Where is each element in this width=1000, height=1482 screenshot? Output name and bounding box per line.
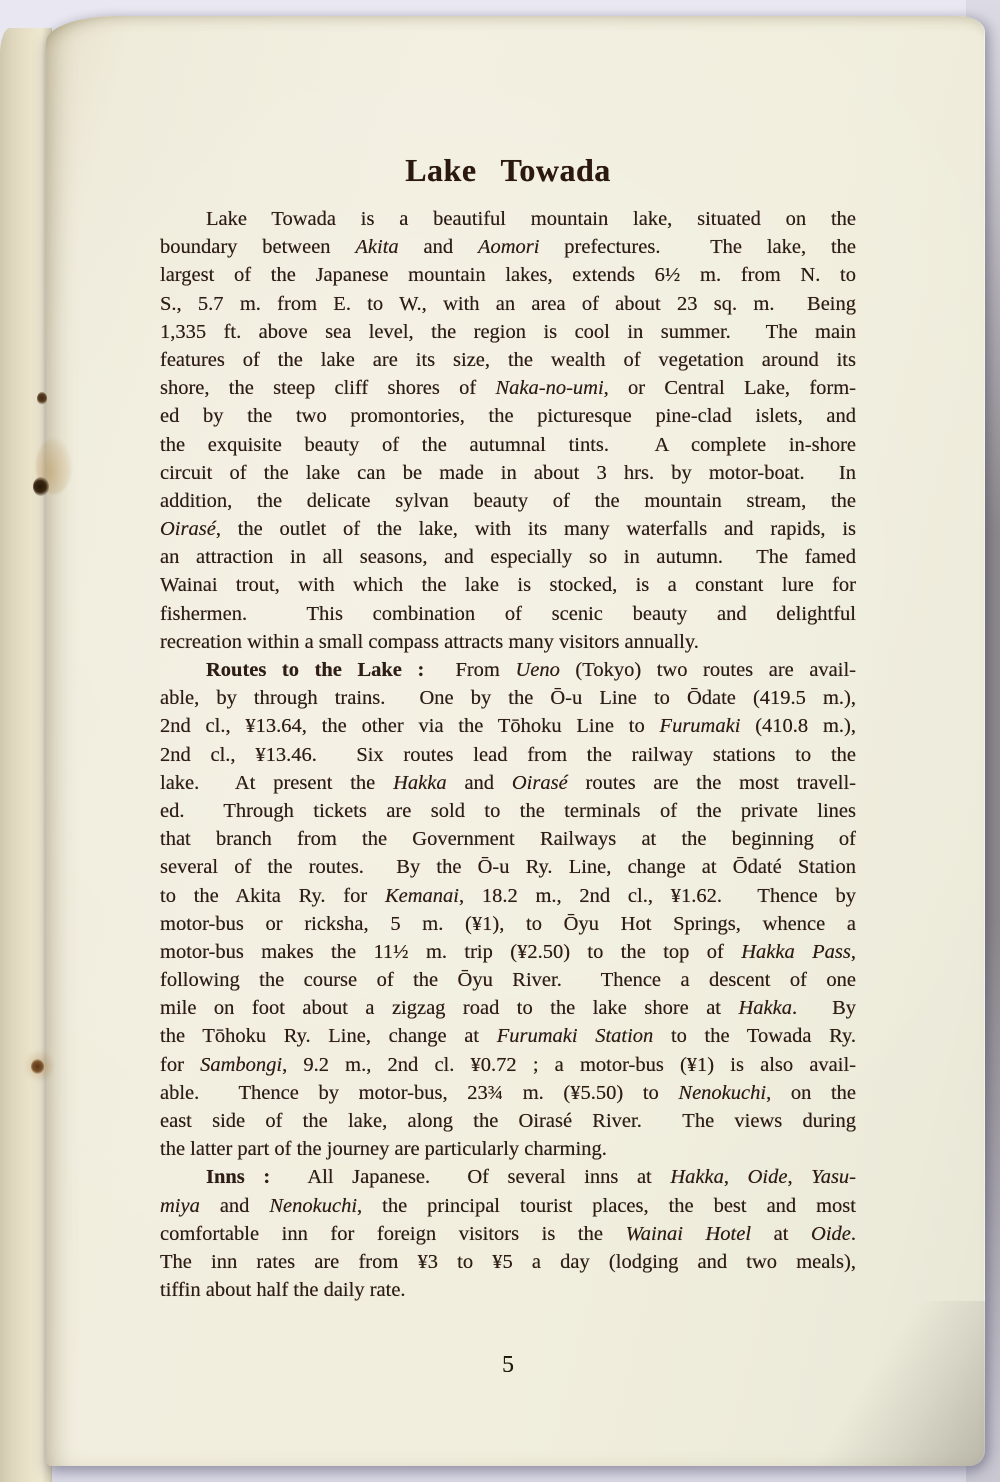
body-text-run: 1,335 ft. above sea level, the region is…	[160, 321, 856, 343]
text-line: circuit of the lake can be made in about…	[160, 459, 856, 487]
body-text-run: motor-bus or ricksha, 5 m. (¥1), to Ōyu …	[160, 913, 856, 935]
body-text-run: fishermen. This combination of scenic be…	[160, 603, 856, 625]
text-line: to the Akita Ry. for Kemanai, 18.2 m., 2…	[160, 882, 856, 910]
body-text-run: to the Towada Ry.	[653, 1025, 856, 1047]
text-line: Lake Towada is a beautiful mountain lake…	[160, 205, 856, 233]
italic-text: miya	[160, 1195, 200, 1217]
body-text-run: and	[447, 772, 512, 794]
text-line: the latter part of the journey are parti…	[160, 1135, 856, 1163]
body-text-run: 2nd cl., ¥13.64, the other via the Tōhok…	[160, 715, 660, 737]
text-line: fishermen. This combination of scenic be…	[160, 600, 856, 628]
body-text-run: following the course of the Ōyu River. T…	[160, 969, 856, 991]
body-text-run: All Japanese. Of several inns at	[270, 1166, 670, 1188]
body-text-run: , or Central Lake, form-	[604, 377, 856, 399]
body-text-run: , 9.2 m., 2nd cl. ¥0.72 ; a motor-bus (¥…	[282, 1054, 856, 1076]
page-content: Lake Towada Lake Towada is a beautiful m…	[160, 150, 856, 1304]
body-text-run: and	[200, 1195, 270, 1217]
body-text-run: ed by the two promontories, the pictures…	[160, 405, 856, 427]
body-text-run: boundary between	[160, 236, 355, 258]
body-text-run: that branch from the Government Railways…	[160, 828, 856, 850]
text-line: 2nd cl., ¥13.64, the other via the Tōhok…	[160, 712, 856, 740]
italic-text: Oirasé	[160, 518, 216, 540]
italic-text: Kemanai	[385, 885, 459, 907]
italic-text: Hakka	[670, 1166, 724, 1188]
body-text-run: the Tōhoku Ry. Line, change at	[160, 1025, 497, 1047]
page-number: 5	[160, 1352, 856, 1379]
body-text-run: motor-bus makes the 11½ m. trip (¥2.50) …	[160, 941, 741, 963]
text-line: lake. At present the Hakka and Oirasé ro…	[160, 769, 856, 797]
italic-text: Nenokuchi	[269, 1195, 357, 1217]
text-line: 1,335 ft. above sea level, the region is…	[160, 318, 856, 346]
text-line: that branch from the Government Railways…	[160, 825, 856, 853]
body-text-run: From	[424, 659, 515, 681]
previous-page-edge	[0, 28, 52, 1482]
body-text-run: and	[399, 236, 478, 258]
photographed-book-page: { "colors": { "paper": "#f1eedd", "paper…	[0, 0, 1000, 1482]
text-line: S., 5.7 m. from E. to W., with an area o…	[160, 290, 856, 318]
text-line: boundary between Akita and Aomori prefec…	[160, 233, 856, 261]
text-line: Oirasé, the outlet of the lake, with its…	[160, 515, 856, 543]
staple-rust-mark	[33, 477, 49, 496]
body-text-run: ,	[724, 1166, 748, 1188]
italic-text: Oirasé	[512, 772, 568, 794]
text-line: The inn rates are from ¥3 to ¥5 a day (l…	[160, 1248, 856, 1276]
paragraph-3: Inns : All Japanese. Of several inns at …	[160, 1163, 856, 1304]
page-title: Lake Towada	[160, 150, 856, 190]
body-text-run: The inn rates are from ¥3 to ¥5 a day (l…	[160, 1251, 856, 1273]
text-line: comfortable inn for foreign visitors is …	[160, 1220, 856, 1248]
text-line: motor-bus or ricksha, 5 m. (¥1), to Ōyu …	[160, 910, 856, 938]
text-line: an attraction in all seasons, and especi…	[160, 543, 856, 571]
text-line: largest of the Japanese mountain lakes, …	[160, 261, 856, 289]
body-text-run: Wainai trout, with which the lake is sto…	[160, 574, 856, 596]
italic-text: Nenokuchi	[678, 1082, 766, 1104]
text-line: mile on foot about a zigzag road to the …	[160, 994, 856, 1022]
text-line: following the course of the Ōyu River. T…	[160, 966, 856, 994]
staple-rust-mark	[37, 392, 47, 405]
text-line: 2nd cl., ¥13.46. Six routes lead from th…	[160, 741, 856, 769]
text-line: Routes to the Lake : From Ueno (Tokyo) t…	[160, 656, 856, 684]
text-line: Inns : All Japanese. Of several inns at …	[160, 1163, 856, 1191]
body-text-run: (410.8 m.),	[740, 715, 856, 737]
text-line: Wainai trout, with which the lake is sto…	[160, 571, 856, 599]
body-text-run: recreation within a small compass attrac…	[160, 631, 699, 653]
body-text-run: comfortable inn for foreign visitors is …	[160, 1223, 626, 1245]
body-text-run: , 18.2 m., 2nd cl., ¥1.62. Thence by	[459, 885, 856, 907]
text-line: shore, the steep cliff shores of Naka-no…	[160, 374, 856, 402]
italic-text: Oide	[811, 1223, 851, 1245]
text-line: the Tōhoku Ry. Line, change at Furumaki …	[160, 1022, 856, 1050]
body-text-run: addition, the delicate sylvan beauty of …	[160, 490, 856, 512]
text-line: recreation within a small compass attrac…	[160, 628, 856, 656]
paragraph-2: Routes to the Lake : From Ueno (Tokyo) t…	[160, 656, 856, 1163]
text-line: for Sambongi, 9.2 m., 2nd cl. ¥0.72 ; a …	[160, 1051, 856, 1079]
paragraph-1: Lake Towada is a beautiful mountain lake…	[160, 205, 856, 656]
body-text-run: (Tokyo) two routes are avail-	[560, 659, 856, 681]
body-text-run: east side of the lake, along the Oirasé …	[160, 1110, 856, 1132]
body-text-run: several of the routes. By the Ō-u Ry. Li…	[160, 856, 856, 878]
body-text-run: able, by through trains. One by the Ō-u …	[160, 687, 856, 709]
body-text-run: shore, the steep cliff shores of	[160, 377, 495, 399]
body-text-run: . By	[792, 997, 856, 1019]
body-text-run: the latter part of the journey are parti…	[160, 1138, 607, 1160]
bold-heading-text: Routes to the Lake :	[206, 659, 424, 681]
text-line: miya and Nenokuchi, the principal touris…	[160, 1192, 856, 1220]
italic-text: Wainai Hotel	[626, 1223, 751, 1245]
italic-text: Hakka	[393, 772, 447, 794]
body-text-run: routes are the most travell-	[568, 772, 856, 794]
italic-text: Oide	[748, 1166, 788, 1188]
text-line: motor-bus makes the 11½ m. trip (¥2.50) …	[160, 938, 856, 966]
body-text-run: at	[751, 1223, 811, 1245]
text-line: able, by through trains. One by the Ō-u …	[160, 684, 856, 712]
italic-text: Sambongi	[200, 1054, 282, 1076]
bold-heading-text: Inns :	[206, 1166, 270, 1188]
italic-text: Furumaki	[660, 715, 741, 737]
staple-rust-mark	[31, 1059, 44, 1074]
text-block: Lake Towada is a beautiful mountain lake…	[160, 205, 856, 1304]
body-text-run: S., 5.7 m. from E. to W., with an area o…	[160, 293, 856, 315]
italic-text: Ueno	[515, 659, 559, 681]
body-text-run: circuit of the lake can be made in about…	[160, 462, 856, 484]
body-text-run: to the Akita Ry. for	[160, 885, 385, 907]
body-text-run: .	[851, 1223, 856, 1245]
body-text-run: Lake Towada is a beautiful mountain lake…	[206, 208, 856, 230]
italic-text: Hakka Pass	[741, 941, 851, 963]
italic-text: Akita	[355, 236, 398, 258]
body-text-run: lake. At present the	[160, 772, 393, 794]
body-text-run: mile on foot about a zigzag road to the …	[160, 997, 738, 1019]
body-text-run: ed. Through tickets are sold to the term…	[160, 800, 856, 822]
body-text-run: tiffin about half the daily rate.	[160, 1279, 406, 1301]
book-page: Lake Towada Lake Towada is a beautiful m…	[46, 16, 985, 1466]
body-text-run: prefectures. The lake, the	[539, 236, 856, 258]
body-text-run: features of the lake are its size, the w…	[160, 349, 856, 371]
body-text-run: largest of the Japanese mountain lakes, …	[160, 264, 856, 286]
body-text-run: the exquisite beauty of the autumnal tin…	[160, 434, 856, 456]
text-line: ed by the two promontories, the pictures…	[160, 402, 856, 430]
text-line: ed. Through tickets are sold to the term…	[160, 797, 856, 825]
text-line: east side of the lake, along the Oirasé …	[160, 1107, 856, 1135]
body-text-run: 2nd cl., ¥13.46. Six routes lead from th…	[160, 744, 856, 766]
text-line: the exquisite beauty of the autumnal tin…	[160, 431, 856, 459]
italic-text: Yasu-	[811, 1166, 856, 1188]
body-text-run: for	[160, 1054, 200, 1076]
italic-text: Furumaki Station	[497, 1025, 654, 1047]
italic-text: Aomori	[478, 236, 540, 258]
body-text-run: , the outlet of the lake, with its many …	[216, 518, 856, 540]
italic-text: Hakka	[738, 997, 792, 1019]
text-line: several of the routes. By the Ō-u Ry. Li…	[160, 853, 856, 881]
text-line: able. Thence by motor-bus, 23¾ m. (¥5.50…	[160, 1079, 856, 1107]
body-text-run: ,	[851, 941, 856, 963]
italic-text: Naka-no-umi	[495, 377, 603, 399]
body-text-run: an attraction in all seasons, and especi…	[160, 546, 856, 568]
text-line: addition, the delicate sylvan beauty of …	[160, 487, 856, 515]
body-text-run: , the principal tourist places, the best…	[357, 1195, 856, 1217]
body-text-run: ,	[787, 1166, 811, 1188]
text-line: features of the lake are its size, the w…	[160, 346, 856, 374]
body-text-run: able. Thence by motor-bus, 23¾ m. (¥5.50…	[160, 1082, 678, 1104]
body-text-run: , on the	[766, 1082, 856, 1104]
text-line: tiffin about half the daily rate.	[160, 1276, 856, 1304]
